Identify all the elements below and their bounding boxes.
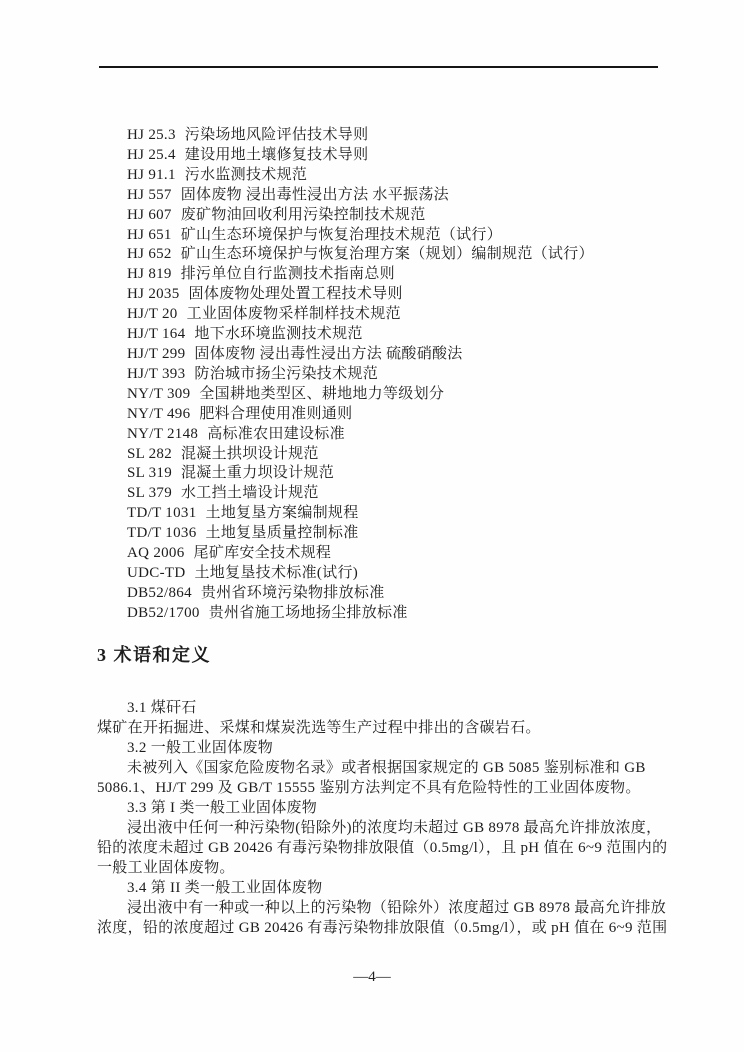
reference-code: UDC-TD [127, 564, 185, 584]
paragraph-line: 浓度，铅的浓度超过 GB 20426 有毒污染物排放限值（0.5mg/l），或 … [97, 918, 667, 938]
reference-title: 水工挡土墙设计规范 [181, 485, 319, 501]
reference-code: HJ/T 20 [127, 305, 178, 325]
section-body: 3.1 煤矸石煤矿在开拓掘进、采煤和煤炭洗选等生产过程中排出的含碳岩石。3.2 … [97, 698, 667, 938]
reference-code: DB52/864 [127, 584, 192, 604]
reference-item: DB52/864贵州省环境污染物排放标准 [127, 584, 594, 604]
reference-title: 肥料合理使用准则通则 [199, 406, 352, 422]
reference-item: NY/T 309全国耕地类型区、耕地地力等级划分 [127, 385, 594, 405]
reference-code: NY/T 496 [127, 405, 190, 425]
reference-item: HJ/T 393防治城市扬尘污染技术规范 [127, 365, 594, 385]
paragraph-line: 3.4 第 II 类一般工业固体废物 [97, 878, 667, 898]
reference-title: 尾矿库安全技术规程 [194, 545, 332, 561]
reference-item: NY/T 496肥料合理使用准则通则 [127, 405, 594, 425]
reference-item: HJ 557固体废物 浸出毒性浸出方法 水平振荡法 [127, 186, 594, 206]
reference-code: SL 319 [127, 464, 172, 484]
reference-item: HJ 91.1污水监测技术规范 [127, 166, 594, 186]
reference-title: 排污单位自行监测技术指南总则 [181, 266, 395, 282]
reference-title: 贵州省环境污染物排放标准 [201, 585, 385, 601]
reference-title: 地下水环境监测技术规范 [194, 326, 362, 342]
reference-item: HJ 25.3污染场地风险评估技术导则 [127, 126, 594, 146]
reference-title: 土地复垦质量控制标准 [206, 525, 359, 541]
reference-code: HJ 25.4 [127, 146, 176, 166]
paragraph-line: 3.3 第 I 类一般工业固体废物 [97, 798, 667, 818]
reference-item: HJ 607废矿物油回收利用污染控制技术规范 [127, 206, 594, 226]
reference-item: SL 379水工挡土墙设计规范 [127, 484, 594, 504]
reference-code: TD/T 1031 [127, 504, 197, 524]
reference-item: SL 282混凝土拱坝设计规范 [127, 445, 594, 465]
reference-code: HJ/T 299 [127, 345, 185, 365]
reference-title: 固体废物 浸出毒性浸出方法 硫酸硝酸法 [194, 346, 462, 362]
reference-code: HJ 651 [127, 226, 172, 246]
reference-title: 贵州省施工场地扬尘排放标准 [209, 605, 408, 621]
reference-item: NY/T 2148高标准农田建设标准 [127, 425, 594, 445]
page-number: —4— [0, 969, 744, 986]
reference-item: HJ/T 299固体废物 浸出毒性浸出方法 硫酸硝酸法 [127, 345, 594, 365]
reference-item: HJ 2035固体废物处理处置工程技术导则 [127, 285, 594, 305]
reference-code: NY/T 309 [127, 385, 190, 405]
reference-title: 工业固体废物采样制样技术规范 [187, 306, 401, 322]
reference-title: 矿山生态环境保护与恢复治理方案（规划）编制规范（试行） [181, 246, 594, 262]
reference-title: 污染场地风险评估技术导则 [185, 127, 369, 143]
paragraph-line: 3.1 煤矸石 [97, 698, 667, 718]
section-heading: 3 术语和定义 [97, 641, 211, 667]
paragraph-line: 铅的浓度未超过 GB 20426 有毒污染物排放限值（0.5mg/l），且 pH… [97, 838, 667, 858]
reference-code: TD/T 1036 [127, 524, 197, 544]
reference-item: TD/T 1031土地复垦方案编制规程 [127, 504, 594, 524]
reference-code: DB52/1700 [127, 604, 200, 624]
reference-item: HJ 819排污单位自行监测技术指南总则 [127, 265, 594, 285]
header-divider [99, 66, 658, 68]
paragraph-line: 浸出液中有一种或一种以上的污染物（铅除外）浓度超过 GB 8978 最高允许排放 [97, 898, 667, 918]
paragraph-line: 5086.1、HJ/T 299 及 GB/T 15555 鉴别方法判定不具有危险… [97, 778, 667, 798]
reference-title: 防治城市扬尘污染技术规范 [194, 366, 378, 382]
reference-title: 矿山生态环境保护与恢复治理技术规范（试行） [181, 227, 502, 243]
reference-title: 土地复垦技术标准(试行) [194, 565, 358, 581]
reference-title: 废矿物油回收利用污染控制技术规范 [181, 207, 426, 223]
reference-item: HJ 651矿山生态环境保护与恢复治理技术规范（试行） [127, 226, 594, 246]
reference-code: SL 379 [127, 484, 172, 504]
reference-code: HJ 557 [127, 186, 172, 206]
reference-item: HJ 25.4建设用地土壤修复技术导则 [127, 146, 594, 166]
reference-code: HJ 819 [127, 265, 172, 285]
reference-title: 固体废物 浸出毒性浸出方法 水平振荡法 [181, 187, 449, 203]
reference-title: 混凝土拱坝设计规范 [181, 446, 319, 462]
reference-title: 土地复垦方案编制规程 [206, 505, 359, 521]
reference-item: SL 319混凝土重力坝设计规范 [127, 464, 594, 484]
reference-code: HJ 652 [127, 245, 172, 265]
reference-code: HJ 607 [127, 206, 172, 226]
reference-code: HJ 91.1 [127, 166, 176, 186]
reference-code: NY/T 2148 [127, 425, 198, 445]
paragraph-line: 3.2 一般工业固体废物 [97, 738, 667, 758]
reference-title: 建设用地土壤修复技术导则 [185, 147, 369, 163]
paragraph-line: 煤矿在开拓掘进、采煤和煤炭洗选等生产过程中排出的含碳岩石。 [97, 718, 667, 738]
reference-code: SL 282 [127, 445, 172, 465]
reference-item: DB52/1700贵州省施工场地扬尘排放标准 [127, 604, 594, 624]
reference-item: HJ/T 20工业固体废物采样制样技术规范 [127, 305, 594, 325]
reference-code: AQ 2006 [127, 544, 185, 564]
reference-code: HJ 25.3 [127, 126, 176, 146]
reference-title: 全国耕地类型区、耕地地力等级划分 [199, 386, 444, 402]
paragraph-line: 浸出液中任何一种污染物(铅除外)的浓度均未超过 GB 8978 最高允许排放浓度… [97, 818, 667, 838]
references-list: HJ 25.3污染场地风险评估技术导则 HJ 25.4建设用地土壤修复技术导则 … [127, 126, 594, 624]
paragraph-line: 未被列入《国家危险废物名录》或者根据国家规定的 GB 5085 鉴别标准和 GB [97, 758, 667, 778]
reference-code: HJ 2035 [127, 285, 180, 305]
reference-title: 高标准农田建设标准 [207, 426, 345, 442]
reference-title: 固体废物处理处置工程技术导则 [189, 286, 403, 302]
reference-title: 混凝土重力坝设计规范 [181, 465, 334, 481]
reference-code: HJ/T 393 [127, 365, 185, 385]
reference-item: UDC-TD土地复垦技术标准(试行) [127, 564, 594, 584]
reference-item: HJ 652矿山生态环境保护与恢复治理方案（规划）编制规范（试行） [127, 245, 594, 265]
reference-item: HJ/T 164地下水环境监测技术规范 [127, 325, 594, 345]
document-page: HJ 25.3污染场地风险评估技术导则 HJ 25.4建设用地土壤修复技术导则 … [0, 0, 744, 1052]
reference-title: 污水监测技术规范 [185, 167, 307, 183]
reference-item: AQ 2006尾矿库安全技术规程 [127, 544, 594, 564]
reference-code: HJ/T 164 [127, 325, 185, 345]
reference-item: TD/T 1036土地复垦质量控制标准 [127, 524, 594, 544]
paragraph-line: 一般工业固体废物。 [97, 858, 667, 878]
